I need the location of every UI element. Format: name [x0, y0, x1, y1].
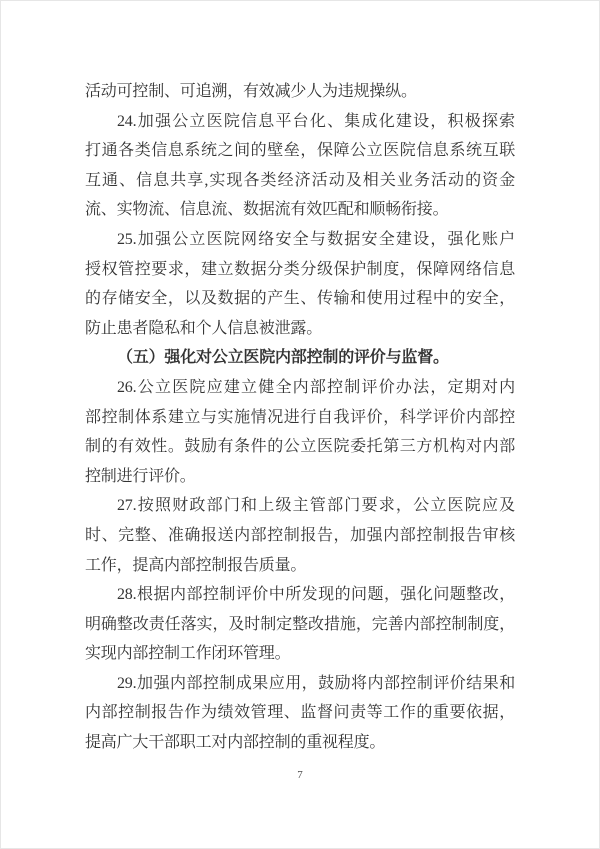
text-line: 部控制体系建立与实施情况进行自我评价，科学评价内部控 [85, 403, 515, 433]
text-line: 内部控制报告作为绩效管理、监督问责等工作的重要依据， [85, 698, 515, 728]
text-line: 控制进行评价。 [85, 462, 515, 492]
text-line: 防止患者隐私和个人信息被泄露。 [85, 314, 515, 344]
text-line: 时、完整、准确报送内部控制报告，加强内部控制报告审核 [85, 521, 515, 551]
document-body: 活动可控制、可追溯，有效减少人为违规操纵。24.加强公立医院信息平台化、集成化建… [85, 77, 515, 758]
text-line: 打通各类信息系统之间的壁垒，保障公立医院信息系统互联 [85, 136, 515, 166]
document-page: 活动可控制、可追溯，有效减少人为违规操纵。24.加强公立医院信息平台化、集成化建… [0, 0, 600, 849]
text-line: 提高广大干部职工对内部控制的重视程度。 [85, 728, 515, 758]
text-line: 29.加强内部控制成果应用，鼓励将内部控制评价结果和 [85, 669, 515, 699]
text-line: 的存储安全，以及数据的产生、传输和使用过程中的安全， [85, 284, 515, 314]
text-line: 活动可控制、可追溯，有效减少人为违规操纵。 [85, 77, 515, 107]
text-line: （五）强化对公立医院内部控制的评价与监督。 [85, 343, 515, 373]
text-line: 25.加强公立医院网络安全与数据安全建设，强化账户 [85, 225, 515, 255]
page-number: 7 [0, 769, 600, 781]
text-line: 互通、信息共享,实现各类经济活动及相关业务活动的资金 [85, 166, 515, 196]
text-line: 授权管控要求，建立数据分类分级保护制度，保障网络信息 [85, 255, 515, 285]
text-line: 28.根据内部控制评价中所发现的问题，强化问题整改， [85, 580, 515, 610]
text-line: 流、实物流、信息流、数据流有效匹配和顺畅衔接。 [85, 195, 515, 225]
text-line: 26.公立医院应建立健全内部控制评价办法，定期对内 [85, 373, 515, 403]
text-line: 明确整改责任落实，及时制定整改措施，完善内部控制制度， [85, 610, 515, 640]
text-line: 24.加强公立医院信息平台化、集成化建设，积极探索 [85, 107, 515, 137]
text-line: 工作，提高内部控制报告质量。 [85, 551, 515, 581]
text-line: 制的有效性。鼓励有条件的公立医院委托第三方机构对内部 [85, 432, 515, 462]
text-line: 实现内部控制工作闭环管理。 [85, 639, 515, 669]
text-line: 27.按照财政部门和上级主管部门要求，公立医院应及 [85, 491, 515, 521]
